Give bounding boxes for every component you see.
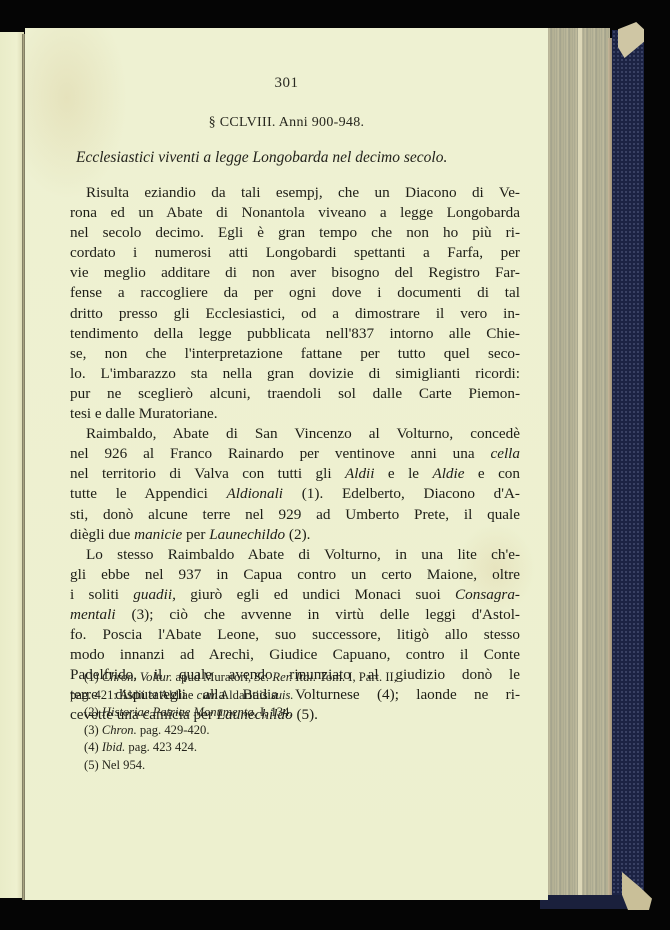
text-run: Risulta eziandio da tali esempj, che un … bbox=[86, 184, 520, 201]
text-run: Raimbaldo, Abate di San Vincenzo al Volt… bbox=[86, 425, 520, 442]
text-run: giurò egli ed undici Monaci suoi bbox=[176, 586, 455, 603]
text-line: Raimbaldo, Abate di San Vincenzo al Volt… bbox=[70, 424, 520, 444]
footnote-line: (5) Nel 954. bbox=[70, 757, 520, 775]
italic-text: manicie bbox=[134, 526, 182, 543]
book-page: 301 § CCLVIII. Anni 900-948. Ecclesiasti… bbox=[25, 28, 548, 900]
text-run: modo innanzi ad Arechi, Giudice Capuano,… bbox=[70, 646, 520, 663]
page-number: 301 bbox=[25, 75, 548, 92]
left-page-edge bbox=[0, 32, 24, 898]
text-run: tutte le Appendici bbox=[70, 485, 227, 502]
footnote-line: (4) Ibid. pag. 423 424. bbox=[70, 739, 520, 757]
italic-text: cella bbox=[490, 445, 520, 462]
page-number-text: 301 bbox=[275, 75, 299, 91]
text-run: sti, donò alcune terre nel 929 ad Umbert… bbox=[70, 506, 520, 523]
text-run: (3); ciò che avvenne in virtù delle legg… bbox=[116, 606, 520, 623]
text-line: sti, donò alcune terre nel 929 ad Umbert… bbox=[70, 505, 520, 525]
text-run: pur ne sceglierò alcuni, traendoli sol d… bbox=[70, 385, 520, 402]
text-run: I, 134. bbox=[257, 705, 293, 719]
text-line: tendimento della legge pubblicata nell'8… bbox=[70, 324, 520, 344]
footnote-line: (2) Historiae Patriae Monumenta, I, 134. bbox=[70, 704, 520, 722]
text-line: se, non che l'interpretazione fattane pe… bbox=[70, 344, 520, 364]
italic-text: Chron. bbox=[102, 723, 137, 737]
text-run: e le bbox=[375, 465, 433, 482]
text-run: i soliti bbox=[70, 586, 133, 603]
italic-text: cum bbox=[197, 688, 218, 702]
text-run: (5) Nel 954. bbox=[84, 758, 145, 772]
text-line: diègli due manicie per Launechildo (2). bbox=[70, 525, 520, 545]
italic-text: guadii, bbox=[133, 586, 176, 603]
text-line: fense a raccogliere da per ogni dove i d… bbox=[70, 283, 520, 303]
text-line: fo. Poscia l'Abate Leone, suo successore… bbox=[70, 625, 520, 645]
italic-text: mentali bbox=[70, 606, 116, 623]
text-line: Risulta eziandio da tali esempj, che un … bbox=[70, 183, 520, 203]
text-run: cordato i numerosi atti Longobardi spett… bbox=[70, 244, 520, 261]
italic-text: Historiae Patriae Monumenta, bbox=[102, 705, 257, 719]
text-line: tesi e dalle Muratoriane. bbox=[70, 404, 520, 424]
text-run: per bbox=[182, 526, 209, 543]
text-run: dritto presso gli Ecclesiastici, od a di… bbox=[70, 305, 520, 322]
text-line: nel territorio di Valva con tutti gli Al… bbox=[70, 464, 520, 484]
footnote-line: pag. 421: Aldii et Aldiae cum Aldaritiis… bbox=[70, 687, 520, 705]
footnote-line: (1) Chron. Voltur. apud Muratori, Sc. Re… bbox=[70, 669, 520, 687]
footnotes: (1) Chron. Voltur. apud Muratori, Sc. Re… bbox=[70, 669, 520, 775]
text-run: (3) bbox=[84, 723, 102, 737]
text-run: (4) bbox=[84, 740, 102, 754]
italic-text: Consagra- bbox=[455, 586, 520, 603]
italic-text: Launechildo bbox=[209, 526, 285, 543]
text-line: rona ed un Abate di Nonantola viveano a … bbox=[70, 203, 520, 223]
text-run: pag. 421: Aldii bbox=[70, 688, 148, 702]
text-run: (1) bbox=[84, 670, 102, 684]
text-line: dritto presso gli Ecclesiastici, od a di… bbox=[70, 304, 520, 324]
page-edges-gap bbox=[578, 28, 582, 904]
text-run: e con bbox=[465, 465, 521, 482]
text-run: Tom. I, Part. II, bbox=[316, 670, 397, 684]
italic-text: Chron. Voltur. bbox=[102, 670, 173, 684]
text-run: (2) bbox=[84, 705, 102, 719]
text-run: pag. 423 424. bbox=[125, 740, 197, 754]
text-run: pag. 429-420. bbox=[137, 723, 210, 737]
text-line: Lo stesso Raimbaldo Abate di Volturno, i… bbox=[70, 545, 520, 565]
text-run: nel 926 al Franco Rainardo per ventinove… bbox=[70, 445, 490, 462]
text-line: tutte le Appendici Aldionali (1). Edelbe… bbox=[70, 484, 520, 504]
text-line: nel secolo decimo. Egli è gran tempo che… bbox=[70, 223, 520, 243]
section-heading: § CCLVIII. Anni 900-948. bbox=[25, 115, 548, 131]
text-run: tesi e dalle Muratoriane. bbox=[70, 405, 218, 422]
italic-text: Sc. Rer. Ital. bbox=[254, 670, 316, 684]
text-run: apud Muratori, bbox=[172, 670, 254, 684]
text-run: rona ed un Abate di Nonantola viveano a … bbox=[70, 204, 520, 221]
book-cover bbox=[612, 30, 644, 902]
text-run: Aldaritiis bbox=[218, 688, 271, 702]
text-line: i soliti guadii, giurò egli ed undici Mo… bbox=[70, 585, 520, 605]
text-run: (2). bbox=[285, 526, 310, 543]
text-run: Lo stesso Raimbaldo Abate di Volturno, i… bbox=[86, 546, 520, 563]
italic-text: suis. bbox=[271, 688, 294, 702]
text-run: fense a raccogliere da per ogni dove i d… bbox=[70, 284, 520, 301]
text-line: lo. L'imbarazzo sta nella gran dovizie d… bbox=[70, 364, 520, 384]
text-run: vie meglio additare di non aver bisogno … bbox=[70, 264, 520, 281]
text-line: modo innanzi ad Arechi, Giudice Capuano,… bbox=[70, 645, 520, 665]
paragraph: Raimbaldo, Abate di San Vincenzo al Volt… bbox=[70, 424, 520, 545]
text-line: cordato i numerosi atti Longobardi spett… bbox=[70, 243, 520, 263]
text-line: nel 926 al Franco Rainardo per ventinove… bbox=[70, 444, 520, 464]
text-run: nel secolo decimo. Egli è gran tempo che… bbox=[70, 224, 520, 241]
text-run: lo. L'imbarazzo sta nella gran dovizie d… bbox=[70, 365, 520, 382]
text-run: Aldiae bbox=[157, 688, 196, 702]
text-run: nel territorio di Valva con tutti gli bbox=[70, 465, 345, 482]
text-run: diègli due bbox=[70, 526, 134, 543]
section-subtitle: Ecclesiastici viventi a legge Longobarda… bbox=[76, 149, 496, 167]
footnote-line: (3) Chron. pag. 429-420. bbox=[70, 722, 520, 740]
text-line: pur ne sceglierò alcuni, traendoli sol d… bbox=[70, 384, 520, 404]
text-line: vie meglio additare di non aver bisogno … bbox=[70, 263, 520, 283]
text-run: tendimento della legge pubblicata nell'8… bbox=[70, 325, 520, 342]
text-line: mentali (3); ciò che avvenne in virtù de… bbox=[70, 605, 520, 625]
text-line: gli ebbe nel 937 in Capua contro un cert… bbox=[70, 565, 520, 585]
text-run: se, non che l'interpretazione fattane pe… bbox=[70, 345, 520, 362]
body-text: Risulta eziandio da tali esempj, che un … bbox=[70, 183, 520, 726]
text-run: (1). Edelberto, Diacono d'A- bbox=[283, 485, 520, 502]
italic-text: Ibid. bbox=[102, 740, 125, 754]
italic-text: Aldii bbox=[345, 465, 375, 482]
italic-text: Aldionali bbox=[227, 485, 284, 502]
text-run: fo. Poscia l'Abate Leone, suo successore… bbox=[70, 626, 520, 643]
paragraph: Risulta eziandio da tali esempj, che un … bbox=[70, 183, 520, 424]
text-run: gli ebbe nel 937 in Capua contro un cert… bbox=[70, 566, 520, 583]
italic-text: Aldie bbox=[432, 465, 464, 482]
